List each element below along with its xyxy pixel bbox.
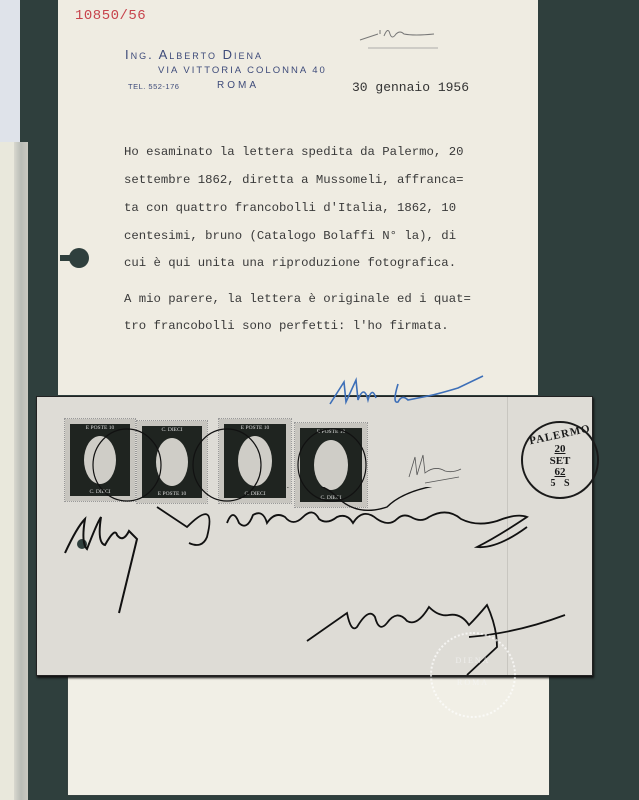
tissue-strip (14, 142, 28, 800)
left-background-top (0, 0, 20, 142)
body-line-2: settembre 1862, diretta a Mussomeli, aff… (124, 173, 463, 187)
letterhead-address: VIA VITTORIA COLONNA 40 (158, 65, 327, 76)
blue-signature-icon (328, 374, 488, 408)
body-line-7: tro francobolli sono perfetti: l'ho firm… (124, 319, 449, 333)
letterhead-name: Ing. Alberto Diena (125, 47, 263, 62)
body-line-3: ta con quattro francobolli d'Italia, 186… (124, 201, 456, 215)
body-line-1: Ho esaminato la lettera spedita da Paler… (124, 145, 463, 159)
certificate-date: 30 gennaio 1956 (352, 80, 469, 95)
body-line-6: A mio parere, la lettera è originale ed … (124, 292, 471, 306)
punch-hole-icon (60, 246, 90, 270)
letterhead-telephone: TEL. 552-176 (128, 82, 179, 91)
expert-mark-icon (405, 447, 465, 487)
pencil-note-icon (358, 18, 448, 50)
reference-number: 10850/56 (75, 8, 146, 24)
embossed-seal: DIENA ROMA (430, 632, 516, 718)
body-line-4: centesimi, bruno (Catalogo Bolaffi N° la… (124, 229, 456, 243)
letterhead-city: ROMA (217, 80, 259, 91)
body-line-5: cui è qui unita una riproduzione fotogra… (124, 256, 456, 270)
cover-photograph: E POSTE 10 C. DIECI C. DIECI E POSTE 10 … (36, 396, 593, 676)
